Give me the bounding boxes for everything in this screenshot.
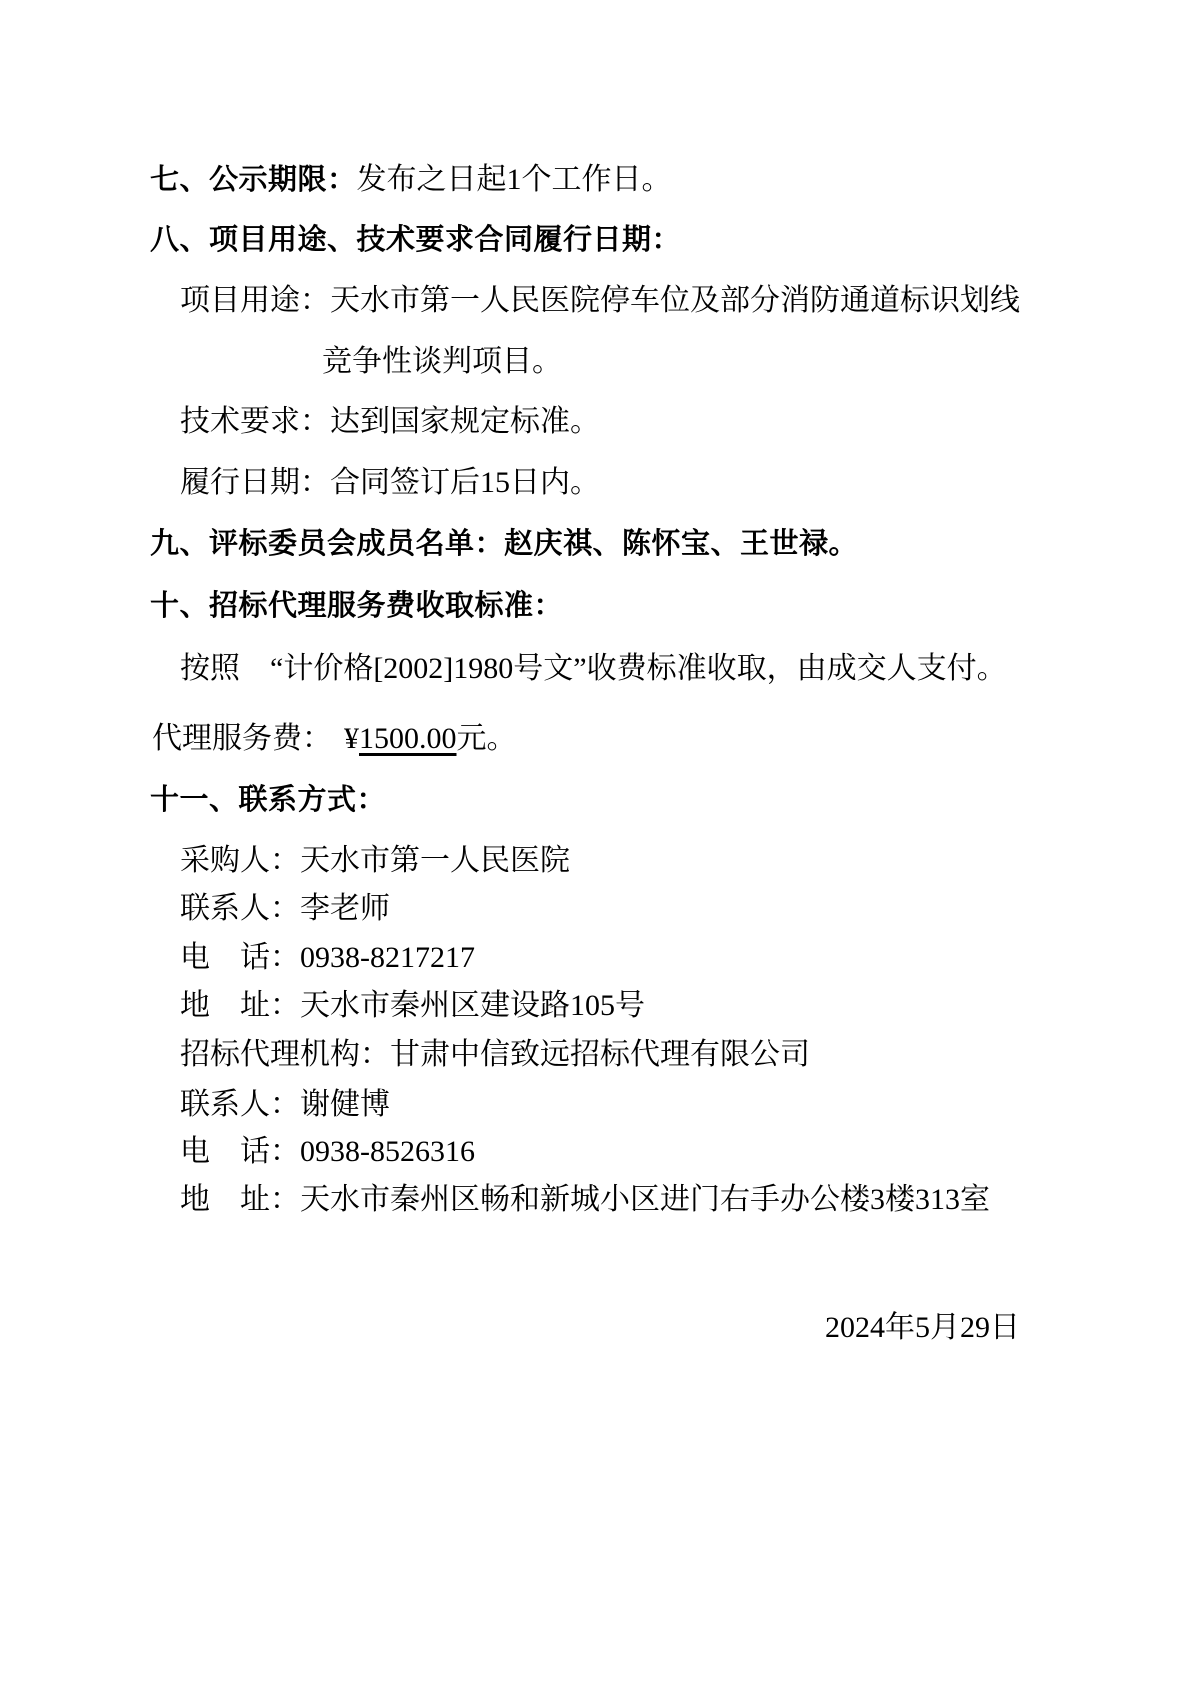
agency-contact-label: 联系人：: [180, 1088, 300, 1121]
purchaser-address-value: 天水市秦州区建设路105号: [300, 989, 645, 1022]
agency-phone-label: 电 话：: [180, 1135, 300, 1168]
project-use-line-1: 项目用途：天水市第一人民医院停车位及部分消防通道标识划线: [180, 284, 1020, 319]
agency-address-line: 地 址：天水市秦州区畅和新城小区进门右手办公楼3楼313室: [180, 1183, 990, 1218]
purchaser-label: 采购人：: [180, 844, 300, 877]
yen-currency-symbol: ¥: [344, 722, 359, 755]
section-7-publicity-period: 七、公示期限：发布之日起1个工作日。: [150, 163, 672, 198]
purchaser-phone-value: 0938-8217217: [300, 941, 475, 974]
section-7-value: 发布之日起1个工作日。: [357, 163, 672, 196]
agency-fee-amount: 1500.00: [359, 722, 457, 755]
agency-address-value: 天水市秦州区畅和新城小区进门右手办公楼3楼313室: [300, 1183, 990, 1216]
purchaser-line: 采购人：天水市第一人民医院: [180, 844, 570, 879]
agency-contact-person-line: 联系人：谢健博: [180, 1088, 390, 1123]
fee-basis-line: 按照 “计价格[2002]1980号文”收费标准收取，由成交人支付。: [180, 652, 1007, 687]
agency-phone-value: 0938-8526316: [300, 1135, 475, 1168]
purchaser-phone-line: 电 话：0938-8217217: [180, 941, 475, 976]
purchaser-address-label: 地 址：: [180, 989, 300, 1022]
section-8-heading: 八、项目用途、技术要求合同履行日期：: [150, 224, 681, 257]
purchaser-contact-label: 联系人：: [180, 892, 300, 925]
purchaser-value: 天水市第一人民医院: [300, 844, 570, 877]
purchaser-contact-value: 李老师: [300, 892, 390, 925]
agency-value: 甘肃中信致远招标代理有限公司: [390, 1038, 810, 1071]
agency-fee-suffix: 元。: [457, 722, 517, 755]
agency-phone-line: 电 话：0938-8526316: [180, 1135, 475, 1170]
agency-address-label: 地 址：: [180, 1183, 300, 1216]
document-page: 七、公示期限：发布之日起1个工作日。 八、项目用途、技术要求合同履行日期： 项目…: [0, 0, 1191, 1684]
technical-requirement-line: 技术要求：达到国家规定标准。: [180, 405, 600, 440]
agency-fee-line: 代理服务费：¥1500.00元。: [152, 722, 517, 757]
document-date: 2024年5月29日: [825, 1311, 1020, 1346]
performance-period-line: 履行日期：合同签订后15日内。: [180, 466, 600, 501]
agency-label: 招标代理机构：: [180, 1038, 390, 1071]
section-10-heading: 十、招标代理服务费收取标准：: [150, 590, 563, 623]
section-9-heading-committee: 九、评标委员会成员名单：赵庆祺、陈怀宝、王世禄。: [150, 528, 858, 561]
project-use-line-2: 竞争性谈判项目。: [322, 345, 562, 380]
purchaser-contact-person-line: 联系人：李老师: [180, 892, 390, 927]
agency-contact-value: 谢健博: [300, 1088, 390, 1121]
agency-fee-label: 代理服务费：: [152, 722, 332, 755]
section-11-heading-contacts: 十一、联系方式：: [150, 784, 386, 817]
purchaser-address-line: 地 址：天水市秦州区建设路105号: [180, 989, 645, 1024]
agency-line: 招标代理机构：甘肃中信致远招标代理有限公司: [180, 1038, 810, 1073]
section-7-heading: 七、公示期限：: [150, 164, 357, 196]
purchaser-phone-label: 电 话：: [180, 941, 300, 974]
